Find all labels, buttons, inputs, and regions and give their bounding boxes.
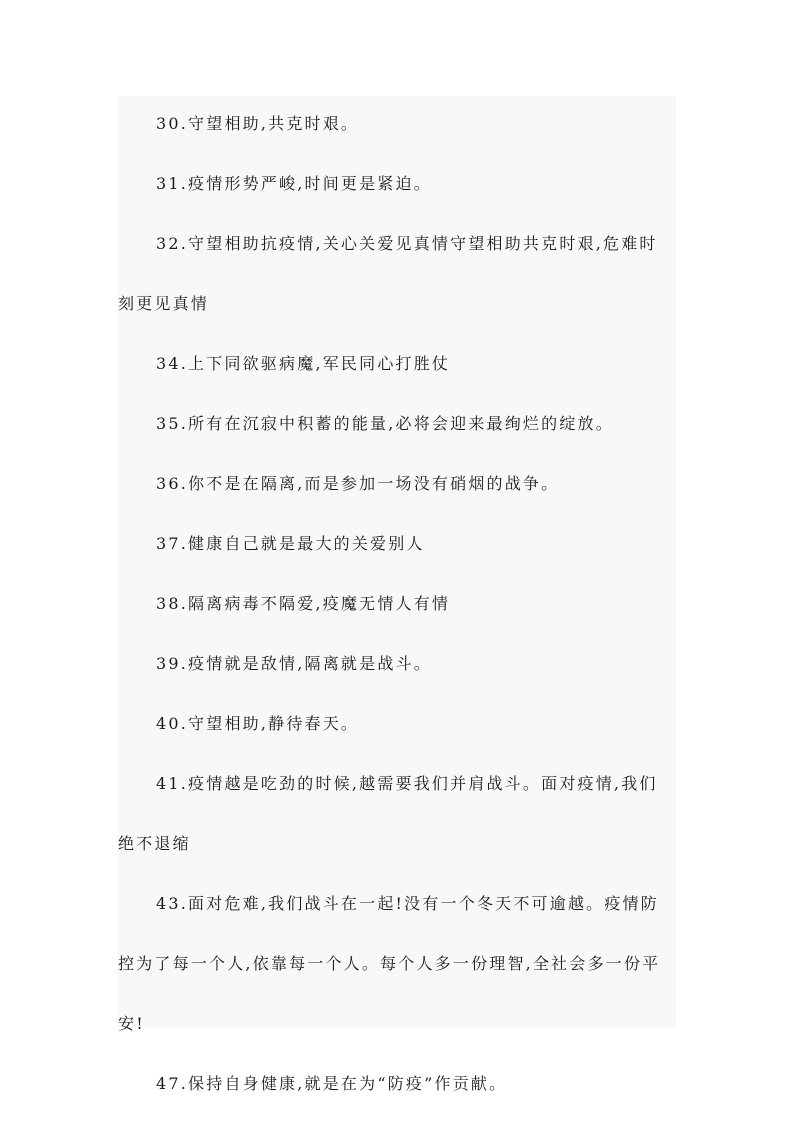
paragraph-32: 32.守望相助抗疫情,关心关爱见真情守望相助共克时艰,危难时 刻更见真情 — [118, 214, 676, 334]
text-line: 40.守望相助,静待春天。 — [118, 694, 676, 754]
text-line: 37.健康自己就是最大的关爱别人 — [118, 514, 676, 574]
text-line: 41.疫情越是吃劲的时候,越需要我们并肩战斗。面对疫情,我们 — [118, 754, 676, 814]
text-line: 47.保持自身健康,就是在为“防疫”作贡献。 — [118, 1054, 676, 1114]
text-line: 35.所有在沉寂中积蓄的能量,必将会迎来最绚烂的绽放。 — [118, 394, 676, 454]
text-line: 31.疫情形势严峻,时间更是紧迫。 — [118, 154, 676, 214]
document-page: 30.守望相助,共克时艰。 31.疫情形势严峻,时间更是紧迫。 32.守望相助抗… — [118, 96, 676, 1027]
text-line: 绝不退缩 — [118, 814, 676, 874]
text-line: 38.隔离病毒不隔爱,疫魔无情人有情 — [118, 574, 676, 634]
text-line: 安! — [118, 994, 676, 1054]
text-line: 控为了每一个人,依靠每一个人。每个人多一份理智,全社会多一份平 — [118, 934, 676, 994]
paragraph-41: 41.疫情越是吃劲的时候,越需要我们并肩战斗。面对疫情,我们 绝不退缩 — [118, 754, 676, 874]
text-line: 刻更见真情 — [118, 274, 676, 334]
paragraph-38: 38.隔离病毒不隔爱,疫魔无情人有情 — [118, 574, 676, 634]
paragraph-31: 31.疫情形势严峻,时间更是紧迫。 — [118, 154, 676, 214]
text-line: 39.疫情就是敌情,隔离就是战斗。 — [118, 634, 676, 694]
text-line: 36.你不是在隔离,而是参加一场没有硝烟的战争。 — [118, 454, 676, 514]
text-line: 32.守望相助抗疫情,关心关爱见真情守望相助共克时艰,危难时 — [118, 214, 676, 274]
paragraph-36: 36.你不是在隔离,而是参加一场没有硝烟的战争。 — [118, 454, 676, 514]
paragraph-37: 37.健康自己就是最大的关爱别人 — [118, 514, 676, 574]
paragraph-34: 34.上下同欲驱病魔,军民同心打胜仗 — [118, 334, 676, 394]
text-line: 34.上下同欲驱病魔,军民同心打胜仗 — [118, 334, 676, 394]
paragraph-43: 43.面对危难,我们战斗在一起!没有一个冬天不可逾越。疫情防 控为了每一个人,依… — [118, 874, 676, 1054]
paragraph-35: 35.所有在沉寂中积蓄的能量,必将会迎来最绚烂的绽放。 — [118, 394, 676, 454]
text-line: 43.面对危难,我们战斗在一起!没有一个冬天不可逾越。疫情防 — [118, 874, 676, 934]
paragraph-30: 30.守望相助,共克时艰。 — [118, 94, 676, 154]
paragraph-39: 39.疫情就是敌情,隔离就是战斗。 — [118, 634, 676, 694]
paragraph-47: 47.保持自身健康,就是在为“防疫”作贡献。 — [118, 1054, 676, 1114]
text-line: 30.守望相助,共克时艰。 — [118, 94, 676, 154]
paragraph-40: 40.守望相助,静待春天。 — [118, 694, 676, 754]
